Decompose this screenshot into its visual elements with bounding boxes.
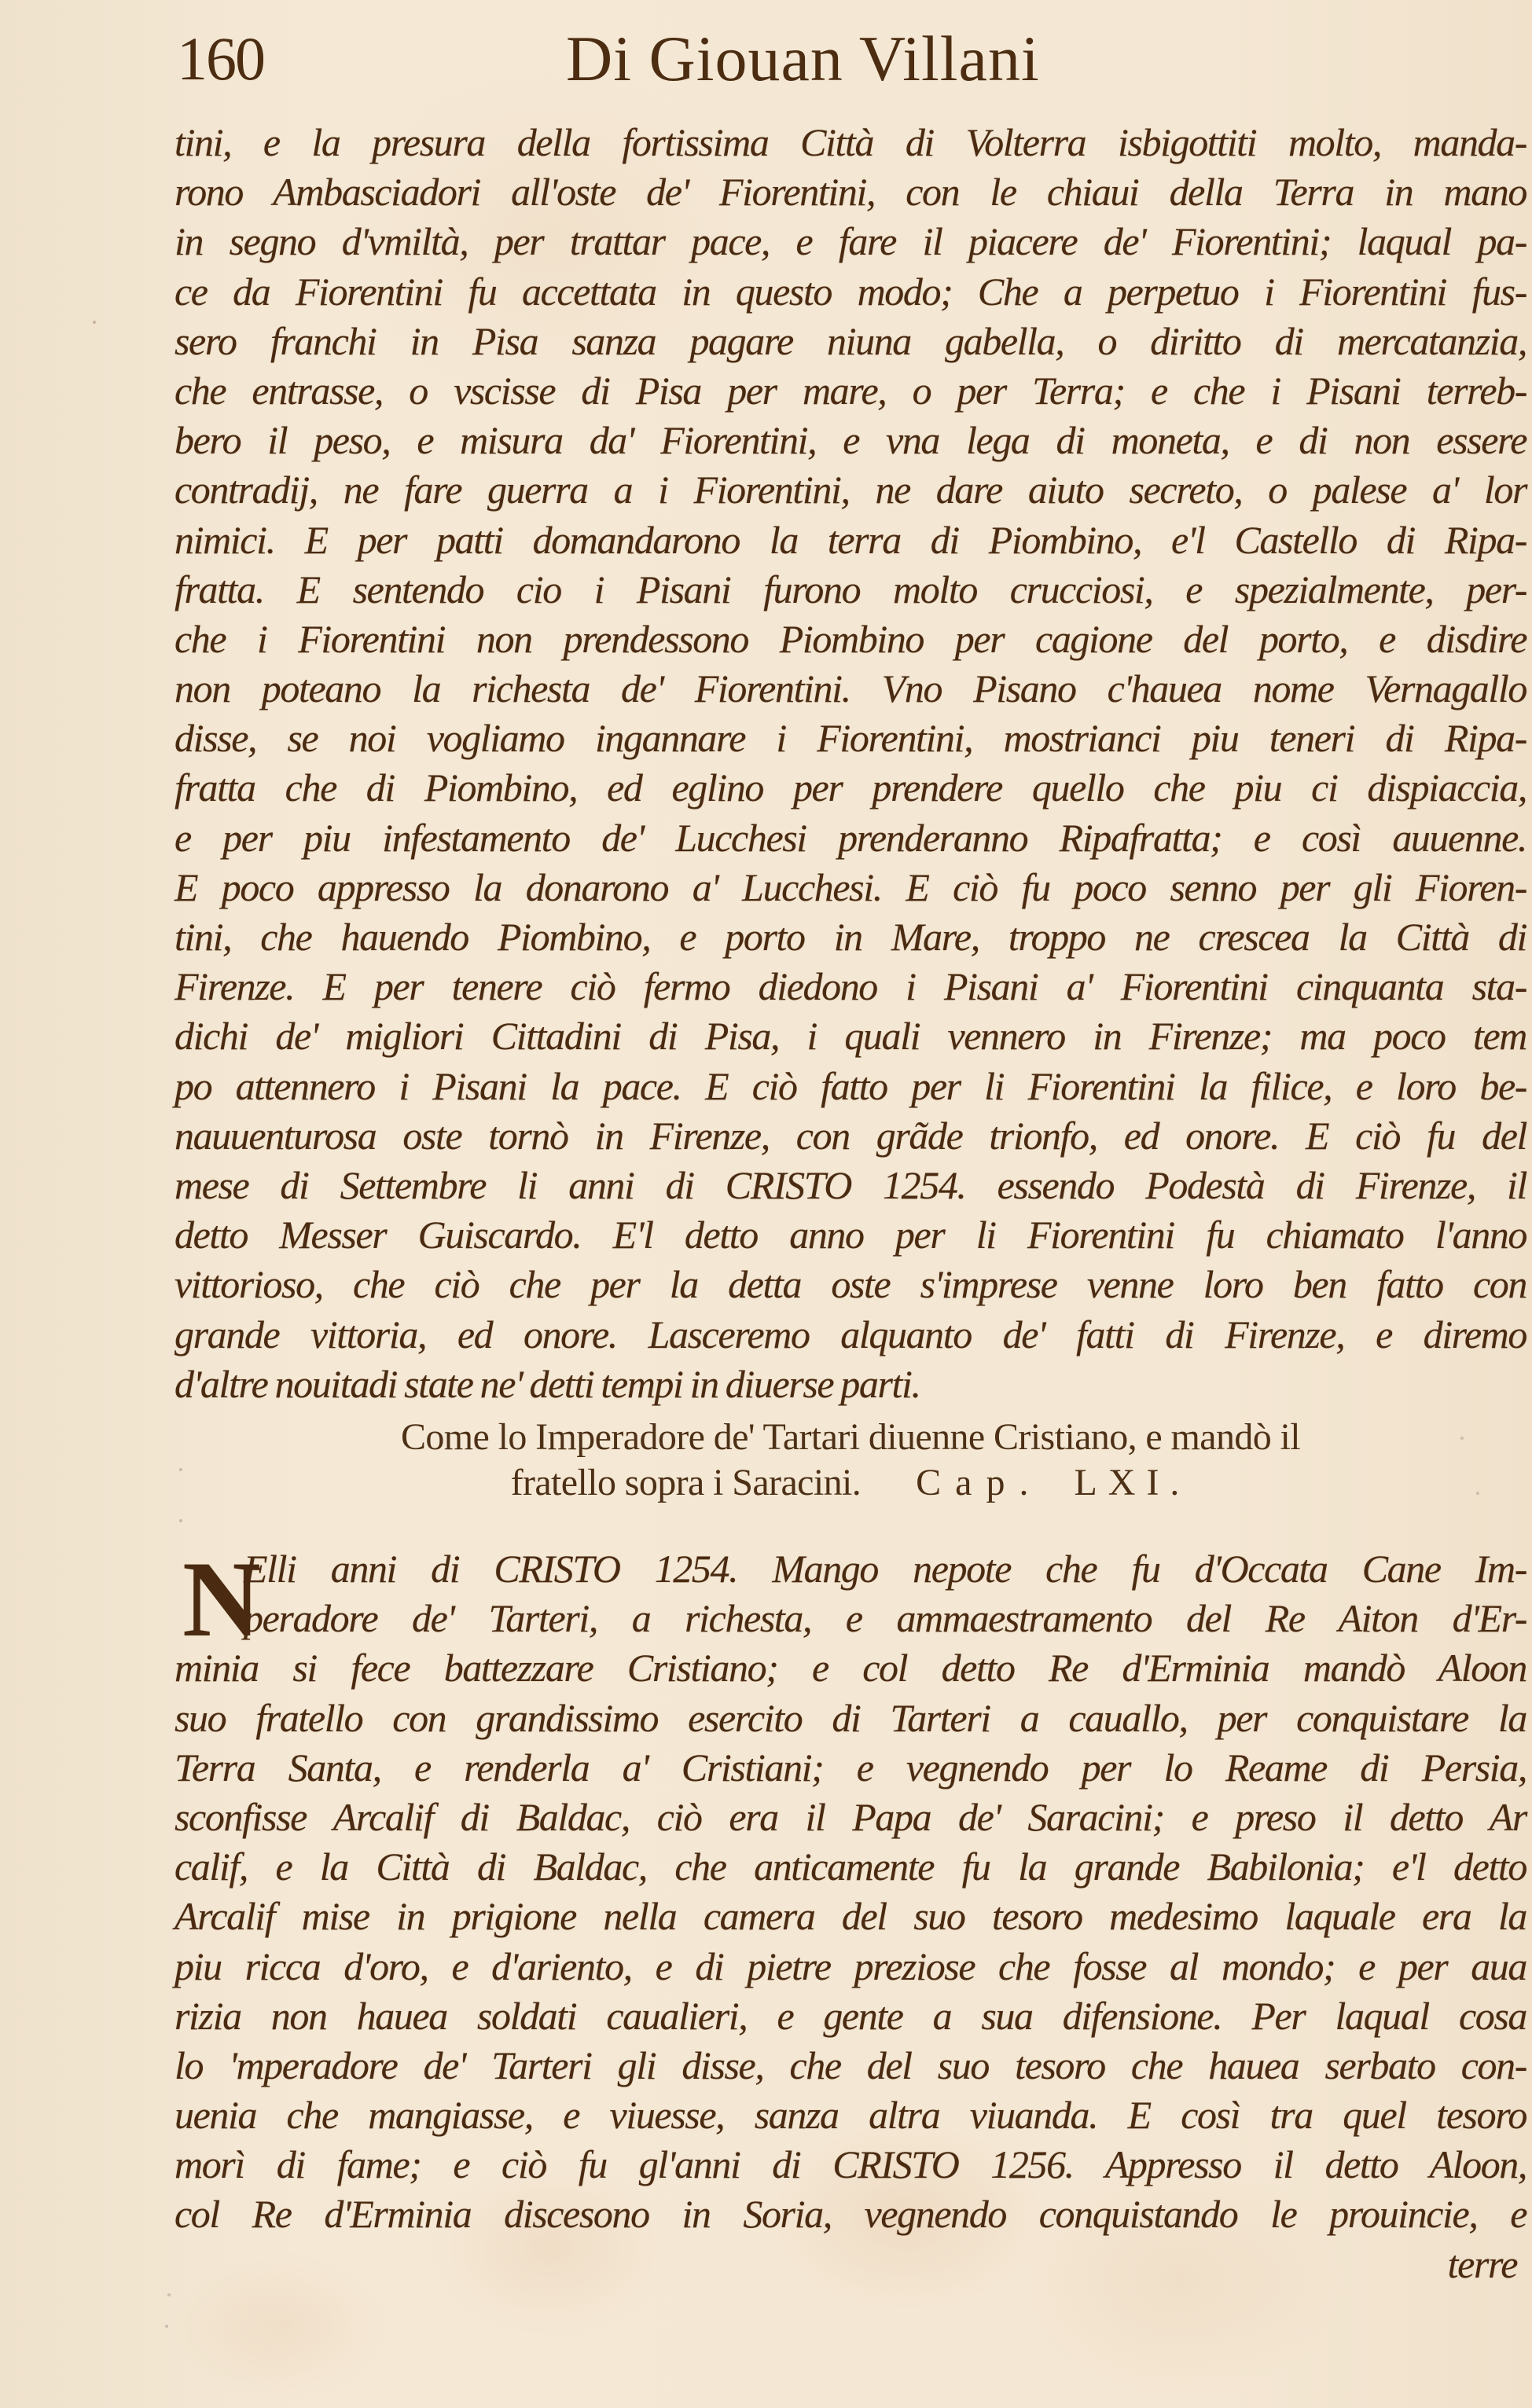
text-line: nimici. E per patti domandarono la terra… xyxy=(175,516,1526,565)
text-line: peradore de' Tarteri, a richesta, e amma… xyxy=(175,1594,1526,1643)
book-page: 160 Di Giouan Villani tini, e la presura… xyxy=(0,0,1532,2408)
text-line-last: d'altre nouitadi state ne' detti tempi i… xyxy=(175,1360,1526,1409)
text-line: dichi de' migliori Cittadini di Pisa, i … xyxy=(175,1011,1526,1061)
text-line: suo fratello con grandissimo esercito di… xyxy=(175,1694,1526,1743)
text-line: morì di fame; e ciò fu gl'anni di CRISTO… xyxy=(175,2140,1526,2190)
text-line: e per piu infestamento de' Lucchesi pren… xyxy=(175,813,1526,863)
text-line: po attennero i Pisani la pace. E ciò fat… xyxy=(175,1062,1526,1111)
text-line: uenia che mangiasse, e viuesse, sanza al… xyxy=(175,2090,1526,2140)
text-line: calif, e la Città di Baldac, che anticam… xyxy=(175,1842,1526,1892)
text-line: sero franchi in Pisa sanza pagare niuna … xyxy=(175,317,1526,366)
catchword: terre xyxy=(175,2240,1526,2289)
text-line: che entrasse, o vscisse di Pisa per mare… xyxy=(175,366,1526,416)
chapter-heading: Come lo Imperadore de' Tartari diuenne C… xyxy=(175,1415,1526,1506)
text-line: non poteano la richesta de' Fiorentini. … xyxy=(175,664,1526,714)
text-line: in segno d'vmiltà, per trattar pace, e f… xyxy=(175,217,1526,266)
paragraph-2: Elli anni di CRISTO 1254. Mango nepote c… xyxy=(175,1544,1526,2289)
text-line: rono Ambasciadori all'oste de' Fiorentin… xyxy=(175,167,1526,217)
text-line: Firenze. E per tenere ciò fermo diedono … xyxy=(175,962,1526,1011)
chapter-cap-label: Cap. xyxy=(916,1460,1042,1506)
running-head: Di Giouan Villani xyxy=(566,24,1040,94)
text-line: disse, se noi vogliamo ingannare i Fiore… xyxy=(175,714,1526,763)
chapter-title-line-1: Come lo Imperadore de' Tartari diuenne C… xyxy=(175,1415,1526,1460)
chapter-title-text: fratello sopra i Saracini. xyxy=(511,1462,862,1503)
text-line: minia si fece battezzare Cristiano; e co… xyxy=(175,1643,1526,1693)
chapter-title-line-2: fratello sopra i Saracini.Cap.LXI. xyxy=(175,1460,1526,1506)
text-line: Terra Santa, e renderla a' Cristiani; e … xyxy=(175,1743,1526,1793)
text-line: detto Messer Guiscardo. E'l detto anno p… xyxy=(175,1210,1526,1260)
text-line: vittorioso, che ciò che per la detta ost… xyxy=(175,1260,1526,1309)
text-line: sconfisse Arcalif di Baldac, ciò era il … xyxy=(175,1793,1526,1842)
page-header: 160 Di Giouan Villani xyxy=(177,24,1380,94)
text-line: contradij, ne fare guerra a i Fiorentini… xyxy=(175,465,1526,515)
text-line: Elli anni di CRISTO 1254. Mango nepote c… xyxy=(175,1544,1526,1594)
text-line: lo 'mperadore de' Tarteri gli disse, che… xyxy=(175,2041,1526,2090)
text-line: grande vittoria, ed onore. Lasceremo alq… xyxy=(175,1310,1526,1360)
text-line: col Re d'Erminia discesono in Soria, veg… xyxy=(175,2190,1526,2239)
text-line: fratta che di Piombino, ed eglino per pr… xyxy=(175,763,1526,813)
text-line: bero il peso, e misura da' Fiorentini, e… xyxy=(175,416,1526,465)
text-line: piu ricca d'oro, e d'ariento, e di pietr… xyxy=(175,1942,1526,1991)
text-line: che i Fiorentini non prendessono Piombin… xyxy=(175,615,1526,664)
paragraph-1: tini, e la presura della fortissima Citt… xyxy=(175,118,1526,1409)
chapter-number: LXI. xyxy=(1074,1460,1190,1506)
text-line: mese di Settembre li anni di CRISTO 1254… xyxy=(175,1161,1526,1210)
text-line: nauuenturosa oste tornò in Firenze, con … xyxy=(175,1111,1526,1161)
text-line: ce da Fiorentini fu accettata in questo … xyxy=(175,267,1526,317)
text-line: Arcalif mise in prigione nella camera de… xyxy=(175,1892,1526,1941)
text-line: tini, che hauendo Piombino, e porto in M… xyxy=(175,912,1526,962)
text-line: E poco appresso la donarono a' Lucchesi.… xyxy=(175,863,1526,912)
page-number: 160 xyxy=(177,24,264,94)
text-line: tini, e la presura della fortissima Citt… xyxy=(175,118,1526,167)
text-line: fratta. E sentendo cio i Pisani furono m… xyxy=(175,565,1526,615)
text-line: rizia non hauea soldati caualieri, e gen… xyxy=(175,1991,1526,2041)
